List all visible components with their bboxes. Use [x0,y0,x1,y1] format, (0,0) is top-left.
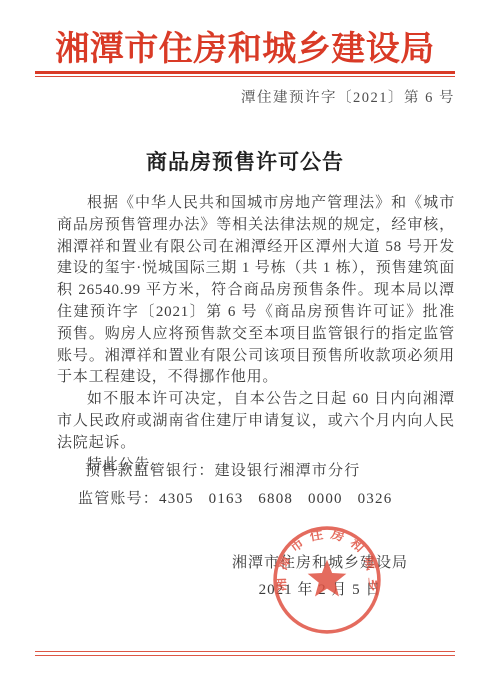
body-paragraph-appeal-rights: 如不服本许可决定，自本公告之日起 60 日内向湘潭市人民政府或湖南省住建厅申请复… [57,389,455,454]
announcement-body: 根据《中华人民共和国城市房地产管理法》和《城市商品房预售管理办法》等相关法律法规… [57,193,455,476]
announcement-title: 商品房预售许可公告 [0,146,490,176]
document-reference-number: 潭住建预许字〔2021〕第 6 号 [0,86,455,107]
seal-star-icon [308,560,347,597]
letterhead-agency-name: 湘潭市住房和城乡建设局 [0,21,490,70]
body-paragraph-legal-basis: 根据《中华人民共和国城市房地产管理法》和《城市商品房预售管理办法》等相关法律法规… [57,193,455,389]
supervision-account-line: 监管账号：4305 0163 6808 0000 0326 [78,487,392,508]
official-seal: 湘潭市住房和城乡建设局 [271,523,383,637]
footer-divider [35,651,455,656]
letterhead-divider [35,71,455,77]
document-page: 湘潭市住房和城乡建设局 潭住建预许字〔2021〕第 6 号 商品房预售许可公告 … [0,0,490,693]
supervision-bank-line: 预售款监管银行：建设银行湘潭市分行 [85,459,360,480]
